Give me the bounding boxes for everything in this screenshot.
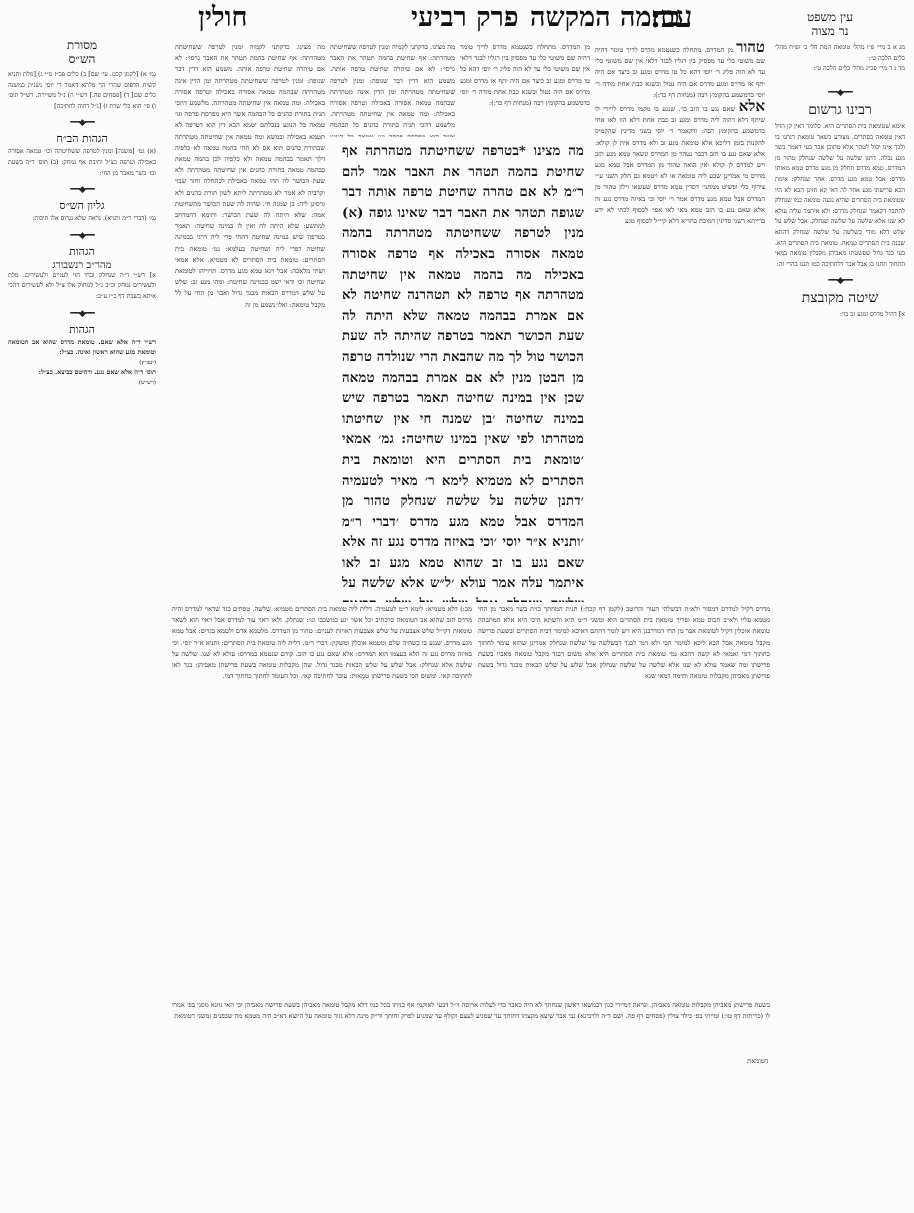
rashi-lead-word: טהור — [736, 38, 765, 56]
masoret-title: מסורת הש״ס — [8, 38, 156, 66]
ornament-divider: ━━◆━━ — [775, 88, 905, 98]
gemara-upper-right: מן המדרס. מתחלה כשנטמא מדרס לריך טומר דה… — [460, 42, 590, 137]
lower-commentary-full: בשעת פרישתן מאביהן מקבלות טומאה מאביהן. … — [172, 1000, 770, 1056]
gemara-upper-left: מה מצינו. כדקתני לקמיה ומנין לטרפה ששחיט… — [330, 42, 455, 137]
ein-mishpat-title-line2: נר מצוה — [760, 24, 900, 38]
hagahot-other-source1: (יעב״ץ) — [8, 359, 156, 368]
daf-number: עב: — [650, 0, 693, 35]
shita-mekubetzet-text: א] דהיל מדרס ומגע זב כוי: — [775, 310, 905, 321]
ornament-divider: ━━◆━━ — [775, 276, 905, 286]
ornament-divider: ━━◆━━ — [8, 118, 156, 128]
left-margin: מסורת הש״ס גמ׳ א) [לקמן קכט. עי׳ שם] ב) … — [8, 38, 156, 388]
rabbeinu-gershom-section: ━━◆━━ רבינו גרשום אימא שׁטומאת בית הסתרי… — [775, 86, 905, 321]
masoret-title-line1: מסורת — [8, 38, 156, 52]
gilyon-hashas-title: גליון הש״ס — [8, 199, 156, 212]
lower-commentary-ending: דטומאת — [700, 1056, 768, 1067]
hagahot-maharab-subtitle: מהר״ב רנשבורג — [8, 260, 156, 271]
header-chapter: פרק רביעי — [411, 2, 519, 33]
gemara-text: מה מצינו *בטרפה ששחיטתה מטהרתה אף שחיטת … — [342, 142, 584, 602]
ornament-divider: ━━◆━━ — [8, 231, 156, 241]
lower-commentary-left: מב:) דלא מטמיא: לימא ר״מ לטעמיה. דלית לי… — [172, 604, 472, 999]
rabbeinu-gershom-title: רבינו גרשום — [775, 102, 905, 119]
hagahot-maharab-text: א] רש״י ד״ה שנחלק ובחי חזי לעניים ולעשיר… — [8, 271, 156, 303]
ornament-divider: ━━◆━━ — [8, 309, 156, 319]
header-tractate: חולין — [198, 2, 247, 33]
ein-mishpat-title-line1: עין משפט — [760, 10, 900, 24]
hagahot-maharab-title: הגהות — [8, 245, 156, 258]
masoret-title-line2: הש״ס — [8, 52, 156, 66]
gilyon-hashas-text: גמ׳ (דברי ר״מ ותניא). נראה שלא נגרוס אלו… — [8, 214, 156, 225]
hagahot-other-text2: תוס׳ ד״ה אלא שאם נגע. ורהיטם בביצא. כצ״ל… — [8, 368, 156, 379]
shita-mekubetzet-title: שיטה מקובצת — [775, 290, 905, 307]
rashi-lead-word: אלא — [739, 97, 765, 115]
rabbeinu-gershom-text: אימא שׁטומאת בית הסתרים היא. כלומר דאין … — [775, 122, 905, 270]
ein-mishpat-entry: מד ג ד מיי׳ פכ״ג מהל׳ כלים הלכה ט׳: — [775, 64, 905, 75]
ein-mishpat-entry: מג א ב מיי׳ פ״ו מהל׳ טומאת המת הל׳ ב׳ ופ… — [775, 43, 905, 64]
rashi-column: טהור מן המדרס. מתחלה כשנטמא מדרס לריך טו… — [595, 42, 765, 227]
tosafot-column: מה מצינו. כדקתני לקמיה ומנין לטרפה ששחיט… — [175, 42, 325, 602]
hagahot-habach-text: (א) גמ׳ [משנה] ומנין לטרפה ששחיטתה וכו׳ … — [8, 147, 156, 179]
hagahot-other-source2: (רש״ש) — [8, 379, 156, 388]
ornament-divider: ━━◆━━ — [8, 185, 156, 195]
ein-mishpat-title: עין משפט נר מצוה — [760, 10, 900, 38]
hagahot-other-text1: רש״י ד״ה אלא שאם. טומאת מדרס שהוא אב הטו… — [8, 338, 156, 359]
hagahot-habach-title: הגהות הב״ח — [8, 132, 156, 145]
rashi-text: שאם נגע בו הזב כו׳. שנגע בו מקמי מדרס לי… — [595, 105, 765, 225]
masoret-text: גמ׳ א) [לקמן קכט. עי׳ שם] ב) כלים פכ״ז מ… — [8, 70, 156, 112]
lower-commentary-right: מדרס דקיל למדרס דמסור ולא״ת דבשלהי העור … — [478, 604, 770, 999]
hagahot-other-title: הגהות — [8, 323, 156, 336]
ein-mishpat-entries: מג א ב מיי׳ פ״ו מהל׳ טומאת המת הל׳ ב׳ ופ… — [775, 43, 905, 75]
